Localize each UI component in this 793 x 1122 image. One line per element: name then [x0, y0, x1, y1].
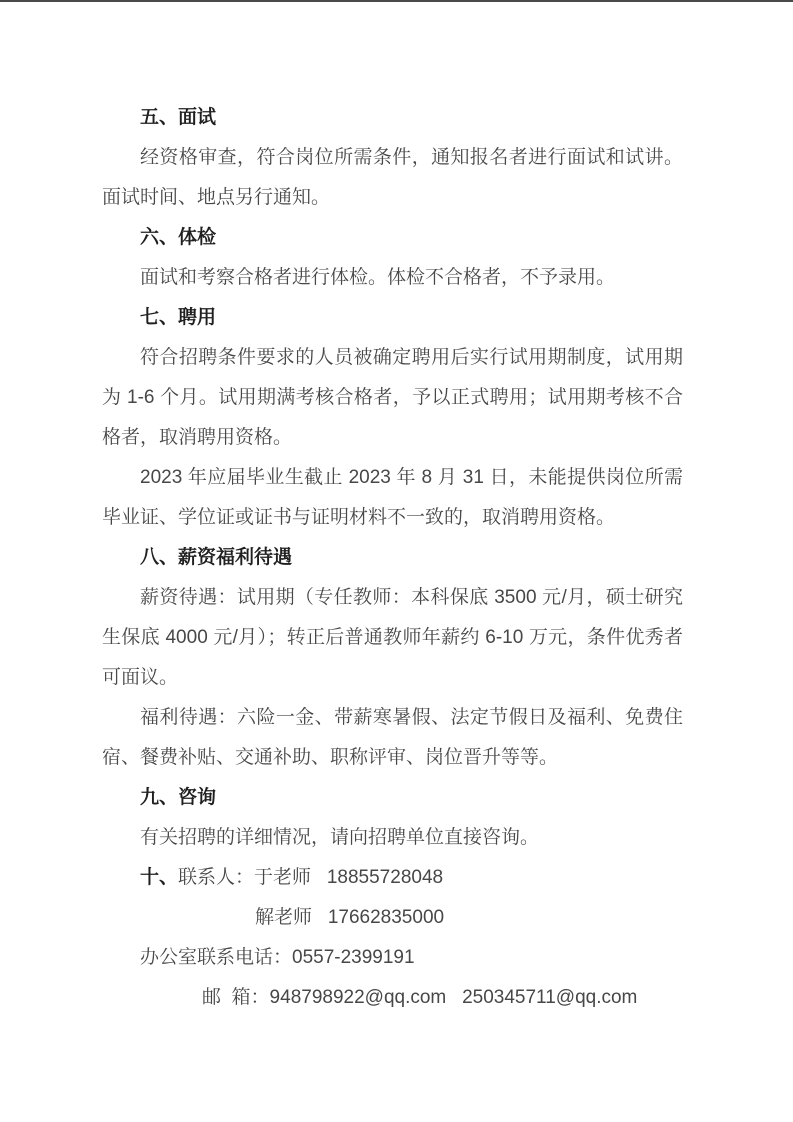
para-employment-graduates-deadline: 2023 年应届毕业生截止 2023 年 8 月 31 日，未能提供岗位所需毕业…: [102, 458, 683, 538]
heading-consultation: 九、咨询: [102, 778, 683, 818]
line-office-phone: 办公室联系电话：0557-2399191: [102, 938, 683, 978]
page-top-edge: [0, 0, 793, 2]
contact-person-1-text: 联系人：于老师 18855728048: [178, 867, 443, 888]
line-contact-person-1: 十、联系人：于老师 18855728048: [102, 858, 683, 898]
heading-physical-exam: 六、体检: [102, 218, 683, 258]
heading-employment: 七、聘用: [102, 298, 683, 338]
line-contact-person-2: 解老师 17662835000: [102, 898, 683, 938]
para-consultation-detail: 有关招聘的详细情况，请向招聘单位直接咨询。: [102, 818, 683, 858]
line-email-addresses: 邮 箱：948798922@qq.com 250345711@qq.com: [102, 978, 683, 1018]
para-interview-detail: 经资格审查，符合岗位所需条件，通知报名者进行面试和试讲。面试时间、地点另行通知。: [102, 138, 683, 218]
para-employment-probation: 符合招聘条件要求的人员被确定聘用后实行试用期制度，试用期为 1-6 个月。试用期…: [102, 338, 683, 458]
document-body: 五、面试 经资格审查，符合岗位所需条件，通知报名者进行面试和试讲。面试时间、地点…: [102, 98, 683, 1018]
para-benefits-detail: 福利待遇：六险一金、带薪寒暑假、法定节假日及福利、免费住宿、餐费补贴、交通补助、…: [102, 698, 683, 778]
para-salary-detail: 薪资待遇：试用期（专任教师：本科保底 3500 元/月，硕士研究生保底 4000…: [102, 578, 683, 698]
heading-salary-benefits: 八、薪资福利待遇: [102, 538, 683, 578]
heading-interview: 五、面试: [102, 98, 683, 138]
para-physical-exam-detail: 面试和考察合格者进行体检。体检不合格者，不予录用。: [102, 258, 683, 298]
contact-section-number: 十、: [140, 867, 178, 888]
